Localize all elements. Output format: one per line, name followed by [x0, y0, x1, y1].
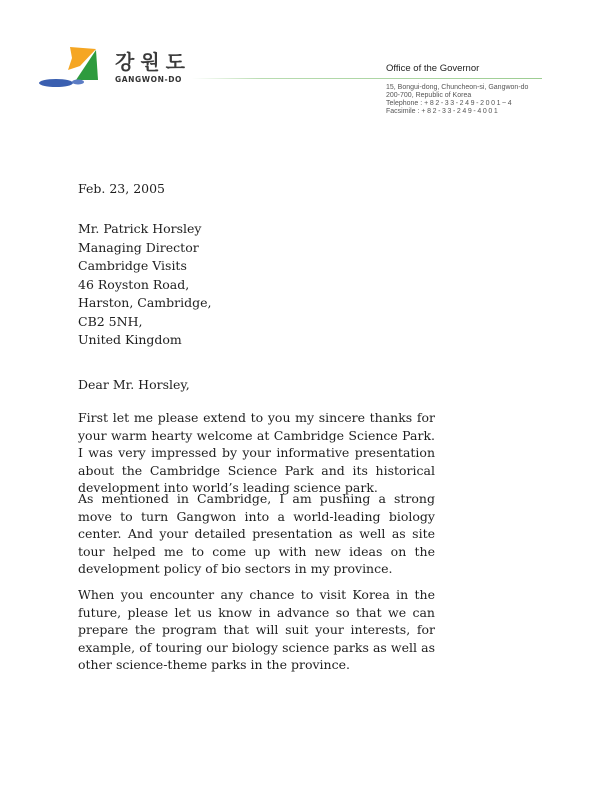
recipient-city: Harston, Cambridge, — [78, 294, 212, 313]
body-paragraph-2: As mentioned in Cambridge, I am pushing … — [78, 490, 435, 578]
recipient-address: Mr. Patrick Horsley Managing Director Ca… — [78, 220, 212, 350]
facsimile-line: Facsimile : +82-33-249-4001 — [386, 108, 528, 116]
body-paragraph-1: First let me please extend to you my sin… — [78, 409, 435, 497]
recipient-country: United Kingdom — [78, 331, 212, 350]
logo-korean-text: 강원도 — [115, 46, 191, 75]
address-line-1: 15, Bongui-dong, Chuncheon-si, Gangwon-d… — [386, 84, 528, 92]
address-line-2: 200-700, Republic of Korea — [386, 92, 528, 100]
letter-date: Feb. 23, 2005 — [78, 181, 165, 196]
telephone-value: +82-33-249-2001~4 — [424, 100, 513, 107]
telephone-line: Telephone : +82-33-249-2001~4 — [386, 100, 528, 108]
recipient-postcode: CB2 5NH, — [78, 313, 212, 332]
facsimile-value: +82-33-249-4001 — [421, 108, 499, 115]
office-address: 15, Bongui-dong, Chuncheon-si, Gangwon-d… — [386, 84, 528, 116]
recipient-title: Managing Director — [78, 239, 212, 258]
salutation: Dear Mr. Horsley, — [78, 377, 190, 392]
logo-english-text: GANGWON-DO — [115, 75, 182, 84]
office-title: Office of the Governor — [386, 63, 479, 74]
header-divider — [192, 78, 542, 79]
recipient-company: Cambridge Visits — [78, 257, 212, 276]
telephone-label: Telephone : — [386, 100, 422, 107]
recipient-name: Mr. Patrick Horsley — [78, 220, 212, 239]
body-paragraph-3: When you encounter any chance to visit K… — [78, 586, 435, 674]
gangwon-logo-icon — [38, 46, 108, 90]
recipient-street: 46 Royston Road, — [78, 276, 212, 295]
facsimile-label: Facsimile : — [386, 108, 419, 115]
